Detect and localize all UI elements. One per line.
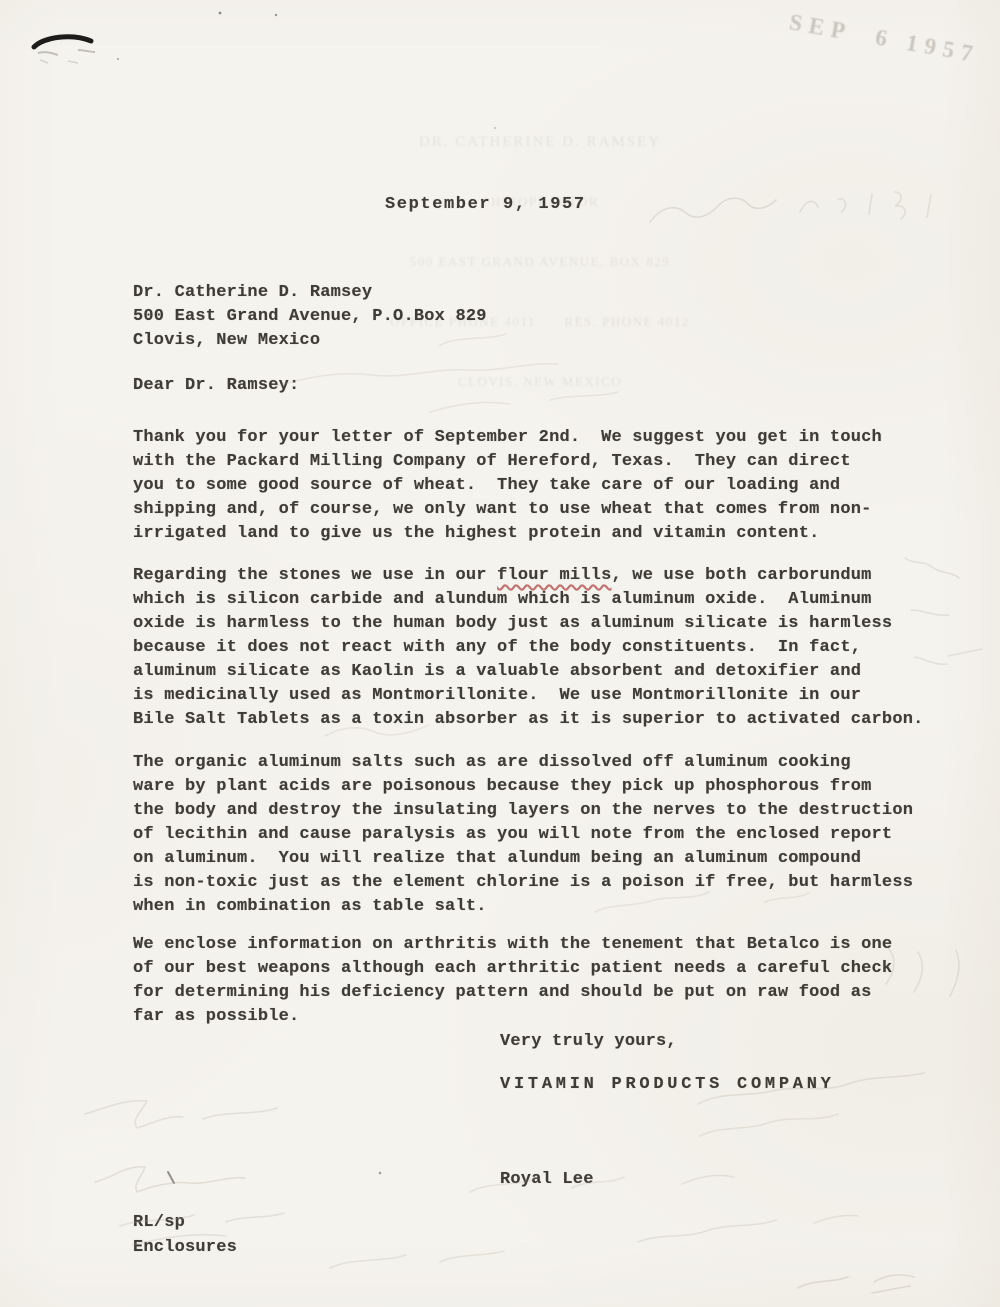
company-name: VITAMIN PRODUCTS COMPANY (500, 1073, 835, 1097)
recipient-address-block: Dr. Catherine D. Ramsey 500 East Grand A… (133, 281, 487, 353)
scanned-letter-page: { "document": { "stamp_text": "SEP 6 195… (0, 0, 1000, 1307)
letter-date: September 9, 1957 (385, 193, 586, 217)
body-paragraph-4: We enclose information on arthritis with… (133, 933, 943, 1029)
signer-name: Royal Lee (500, 1168, 594, 1192)
recipient-city: Clovis, New Mexico (133, 331, 320, 350)
valediction: Very truly yours, (500, 1030, 677, 1054)
ghost-letterhead-line: 500 EAST GRAND AVENUE, BOX 829 (300, 252, 780, 272)
ghost-letterhead-line: DR. CATHERINE D. RAMSEY (300, 132, 780, 152)
flour-mills-underlined-phrase: flour mills (497, 566, 611, 585)
ghost-letterhead-line: CLOVIS, NEW MEXICO (300, 372, 780, 392)
recipient-name: Dr. Catherine D. Ramsey (133, 283, 372, 302)
paragraph-2-text: Regarding the stones we use in our (133, 566, 497, 585)
enclosures-notation: Enclosures (133, 1236, 237, 1260)
body-paragraph-3: The organic aluminum salts such as are d… (133, 751, 943, 919)
received-date-stamp: SEP 6 1957 (787, 9, 981, 68)
staple-mark (34, 37, 95, 63)
body-paragraph-2: Regarding the stones we use in our flour… (133, 564, 943, 732)
body-paragraph-1: Thank you for your letter of September 2… (133, 426, 933, 546)
pen-tick-mark (168, 1172, 174, 1183)
paragraph-2-text-continued: , we use both carborundum which is silic… (133, 566, 924, 729)
ghost-letterhead-showthrough: DR. CATHERINE D. RAMSEY CHIROPRACTOR 500… (300, 92, 780, 412)
recipient-street: 500 East Grand Avenue, P.O.Box 829 (133, 307, 487, 326)
reference-initials: RL/sp (133, 1211, 185, 1235)
salutation: Dear Dr. Ramsey: (133, 374, 299, 398)
